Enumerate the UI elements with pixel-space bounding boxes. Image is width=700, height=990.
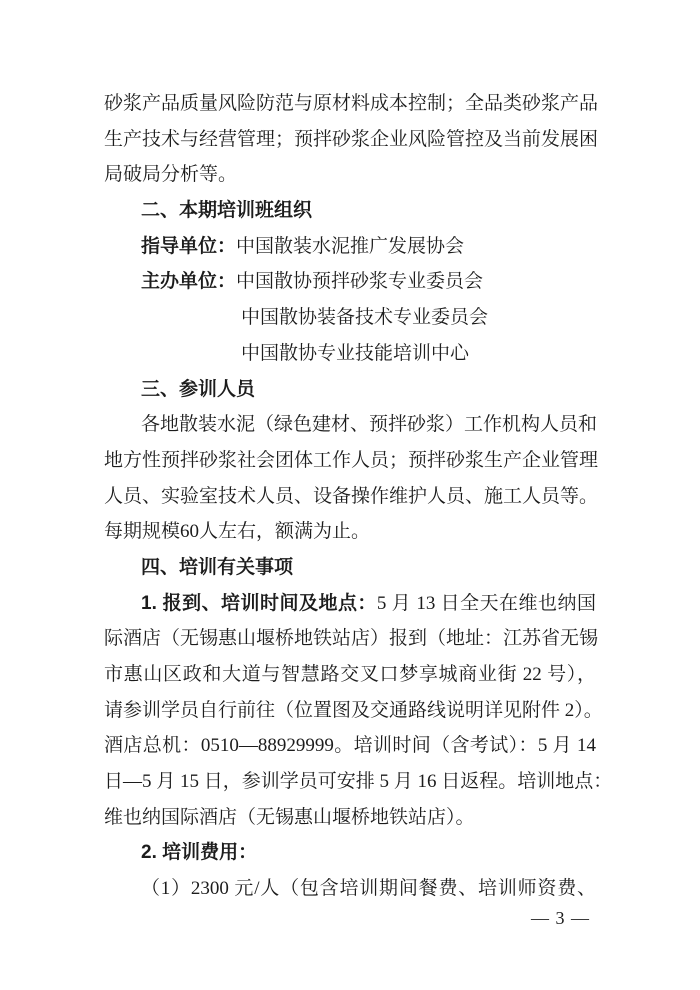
line-text-segment: 每期规模60人左右，额满为止。 xyxy=(104,521,370,542)
line-text-segment: 市惠山区政和大道与智慧路交叉口梦享城商业街 22 号）， xyxy=(104,664,596,685)
text-line: 指导单位：中国散装水泥推广发展协会 xyxy=(104,229,596,265)
line-bold-segment: 1. 报到、培训时间及地点： xyxy=(141,593,377,614)
text-line: 三、参训人员 xyxy=(104,372,596,408)
text-line: 请参训学员自行前往（位置图及交通路线说明详见附件 2）。 xyxy=(104,693,596,729)
text-line: 地方性预拌砂浆社会团体工作人员；预拌砂浆生产企业管理 xyxy=(104,443,596,479)
text-line: 每期规模60人左右，额满为止。 xyxy=(104,514,596,550)
text-line: 局破局分析等。 xyxy=(104,157,596,193)
text-line: 1. 报到、培训时间及地点：5 月 13 日全天在维也纳国 xyxy=(104,586,596,622)
page-number: — 3 — xyxy=(531,906,590,930)
text-line: 各地散装水泥（绿色建材、预拌砂浆）工作机构人员和 xyxy=(104,407,596,443)
line-text-segment: 酒店总机：0510—88929999。培训时间（含考试）：5 月 14 xyxy=(104,735,596,756)
text-line: 中国散协专业技能培训中心 xyxy=(104,336,596,372)
line-text-segment: 中国散协专业技能培训中心 xyxy=(241,343,469,364)
document-body: 砂浆产品质量风险防范与原材料成本控制；全品类砂浆产品生产技术与经营管理；预拌砂浆… xyxy=(104,86,596,907)
line-text-segment: 5 月 13 日全天在维也纳国 xyxy=(377,593,596,614)
text-line: 主办单位：中国散协预拌砂浆专业委员会 xyxy=(104,264,596,300)
text-line: 四、培训有关事项 xyxy=(104,550,596,586)
text-line: 砂浆产品质量风险防范与原材料成本控制；全品类砂浆产品 xyxy=(104,86,596,122)
line-bold-segment: 四、培训有关事项 xyxy=(141,557,293,578)
line-text-segment: 生产技术与经营管理；预拌砂浆企业风险管控及当前发展困 xyxy=(104,129,598,150)
text-line: 生产技术与经营管理；预拌砂浆企业风险管控及当前发展困 xyxy=(104,122,596,158)
document-page: 砂浆产品质量风险防范与原材料成本控制；全品类砂浆产品生产技术与经营管理；预拌砂浆… xyxy=(0,0,700,990)
text-line: 人员、实验室技术人员、设备操作维护人员、施工人员等。 xyxy=(104,479,596,515)
line-text-segment: 际酒店（无锡惠山堰桥地铁站店）报到（地址：江苏省无锡 xyxy=(104,628,598,649)
line-text-segment: 人员、实验室技术人员、设备操作维护人员、施工人员等。 xyxy=(104,486,598,507)
text-line: 酒店总机：0510—88929999。培训时间（含考试）：5 月 14 xyxy=(104,728,596,764)
line-text-segment: 请参训学员自行前往（位置图及交通路线说明详见附件 2）。 xyxy=(104,700,603,721)
line-text-segment: 日—5 月 15 日，参训学员可安排 5 月 16 日返程。培训地点： xyxy=(104,771,612,792)
text-line: 2. 培训费用： xyxy=(104,835,596,871)
line-bold-segment: 主办单位： xyxy=(141,271,236,292)
text-line: 二、本期培训班组织 xyxy=(104,193,596,229)
text-line: 中国散协装备技术专业委员会 xyxy=(104,300,596,336)
line-text-segment: 维也纳国际酒店（无锡惠山堰桥地铁站店）。 xyxy=(104,807,475,828)
line-bold-segment: 指导单位： xyxy=(141,236,236,257)
line-text-segment: 各地散装水泥（绿色建材、预拌砂浆）工作机构人员和 xyxy=(141,414,597,435)
text-line: （1）2300 元/人（包含培训期间餐费、培训师资费、 xyxy=(104,871,596,907)
text-line: 维也纳国际酒店（无锡惠山堰桥地铁站店）。 xyxy=(104,800,596,836)
line-text-segment: 中国散装水泥推广发展协会 xyxy=(236,236,464,257)
line-text-segment: 局破局分析等。 xyxy=(104,164,237,185)
line-text-segment: （1）2300 元/人（包含培训期间餐费、培训师资费、 xyxy=(141,878,596,899)
line-bold-segment: 二、本期培训班组织 xyxy=(141,200,312,221)
text-line: 际酒店（无锡惠山堰桥地铁站店）报到（地址：江苏省无锡 xyxy=(104,621,596,657)
line-text-segment: 地方性预拌砂浆社会团体工作人员；预拌砂浆生产企业管理 xyxy=(104,450,598,471)
line-bold-segment: 2. 培训费用： xyxy=(141,842,257,863)
line-bold-segment: 三、参训人员 xyxy=(141,379,255,400)
page-number-text: — 3 — xyxy=(531,908,590,928)
line-text-segment: 中国散协装备技术专业委员会 xyxy=(241,307,488,328)
text-line: 市惠山区政和大道与智慧路交叉口梦享城商业街 22 号）， xyxy=(104,657,596,693)
line-text-segment: 砂浆产品质量风险防范与原材料成本控制；全品类砂浆产品 xyxy=(104,93,598,114)
line-text-segment: 中国散协预拌砂浆专业委员会 xyxy=(236,271,483,292)
text-line: 日—5 月 15 日，参训学员可安排 5 月 16 日返程。培训地点： xyxy=(104,764,596,800)
